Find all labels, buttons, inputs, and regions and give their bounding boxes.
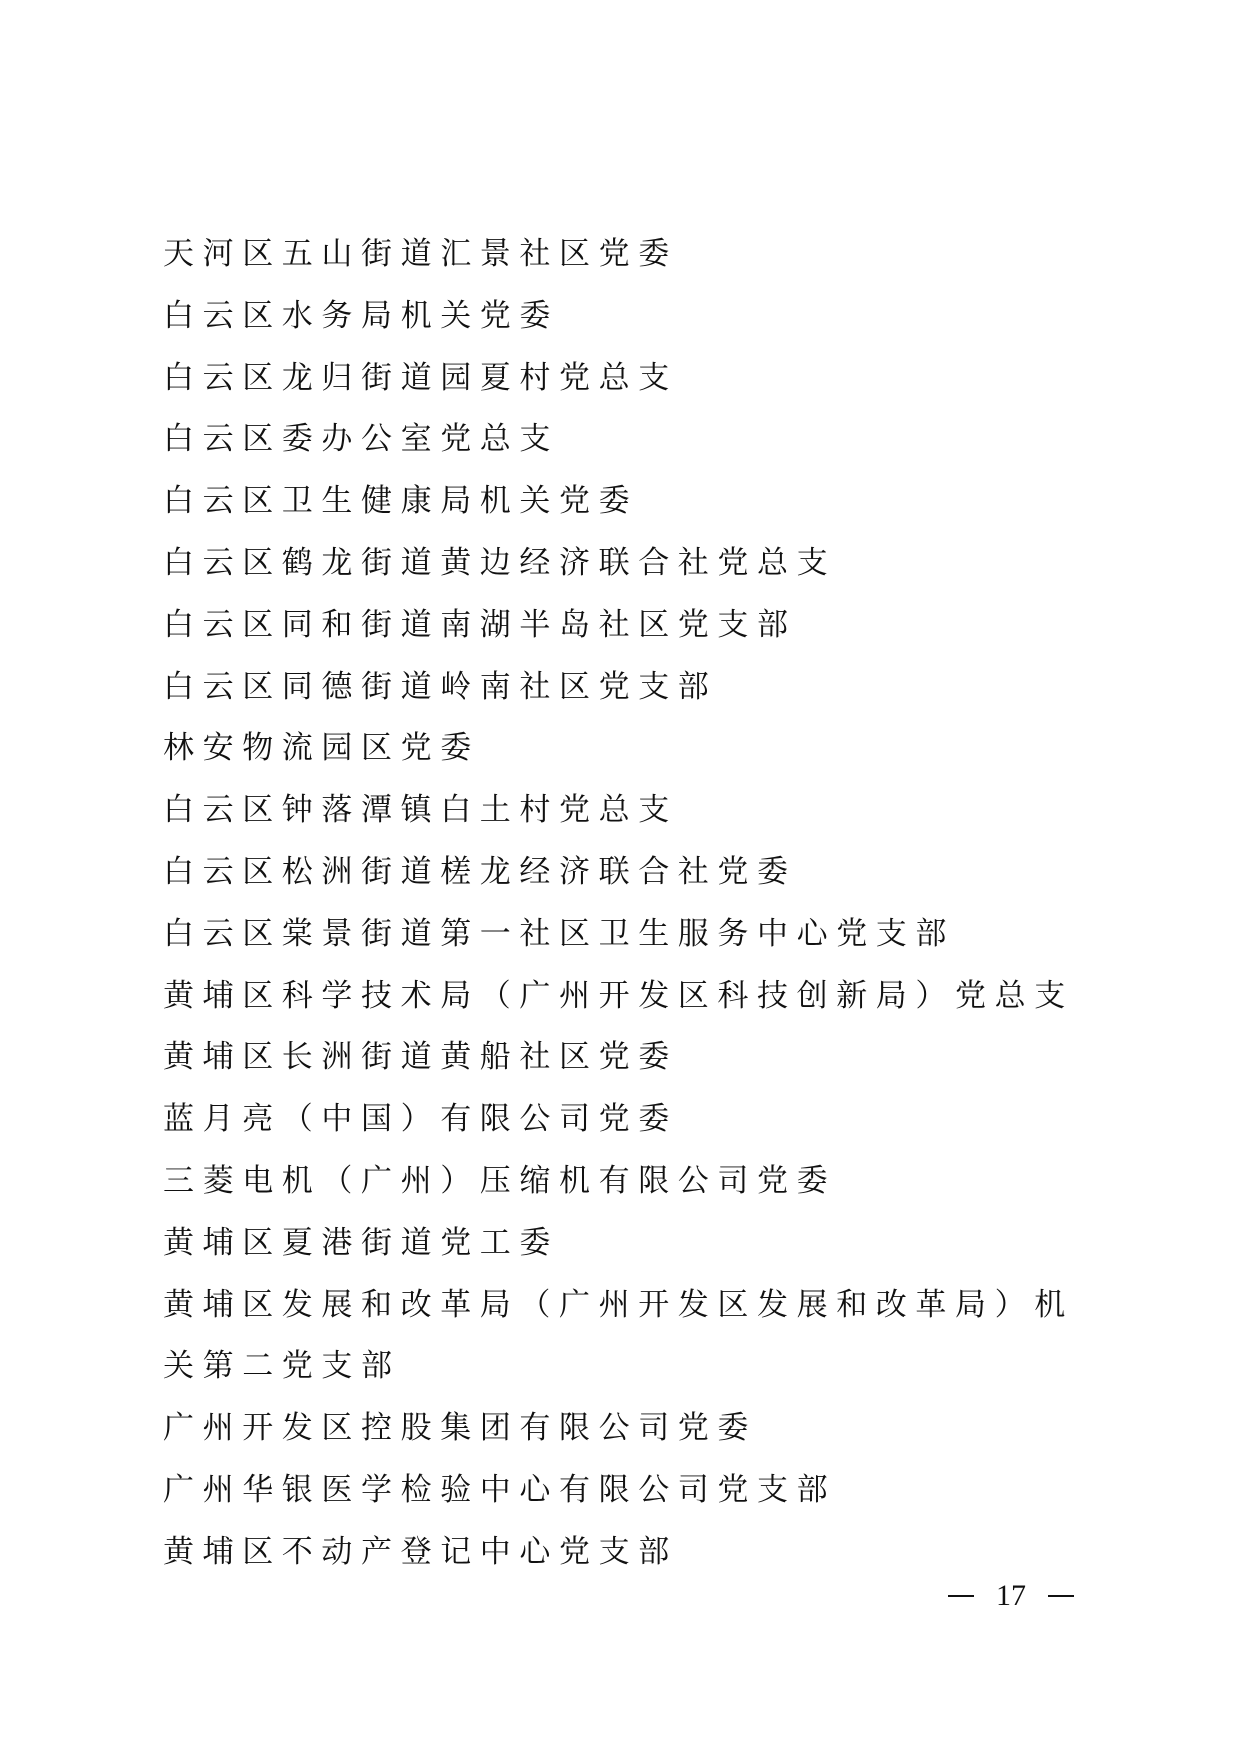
list-item: 白云区龙归街道园夏村党总支 [163, 348, 1093, 410]
dash-left [948, 1595, 974, 1597]
dash-right [1048, 1595, 1074, 1597]
list-item: 白云区钟落潭镇白土村党总支 [163, 780, 1093, 842]
list-item: 白云区委办公室党总支 [163, 409, 1093, 471]
organization-name: 白云区松洲街道槎龙经济联合社党委 [163, 854, 797, 890]
organization-name: 白云区水务局机关党委 [163, 298, 559, 334]
page-number-value: 17 [996, 1579, 1026, 1612]
list-item: 黄埔区夏港街道党工委 [163, 1213, 1093, 1275]
organization-name: 白云区同和街道南湖半岛社区党支部 [163, 607, 797, 643]
organization-name: 黄埔区科学技术局（广州开发区科技创新局）党总支 [163, 978, 1074, 1014]
organization-name: 白云区钟落潭镇白土村党总支 [163, 792, 678, 828]
list-item: 天河区五山街道汇景社区党委 [163, 224, 1093, 286]
document-page: 天河区五山街道汇景社区党委 白云区水务局机关党委 白云区龙归街道园夏村党总支 白… [0, 0, 1240, 1754]
list-item: 白云区松洲街道槎龙经济联合社党委 [163, 842, 1093, 904]
list-item: 白云区同和街道南湖半岛社区党支部 [163, 595, 1093, 657]
list-item: 林安物流园区党委 [163, 718, 1093, 780]
organization-name: 白云区卫生健康局机关党委 [163, 483, 638, 519]
list-item: 白云区同德街道岭南社区党支部 [163, 657, 1093, 719]
organization-name: 黄埔区长洲街道黄船社区党委 [163, 1039, 678, 1075]
page-number: 17 [926, 1578, 1096, 1614]
list-item: 蓝月亮（中国）有限公司党委 [163, 1089, 1093, 1151]
organization-name: 白云区鹤龙街道黄边经济联合社党总支 [163, 545, 836, 581]
list-item: 黄埔区不动产登记中心党支部 [163, 1522, 1093, 1584]
list-item: 广州华银医学检验中心有限公司党支部 [163, 1460, 1093, 1522]
list-item: 白云区卫生健康局机关党委 [163, 471, 1093, 533]
organization-name: 白云区龙归街道园夏村党总支 [163, 360, 678, 396]
organization-name: 天河区五山街道汇景社区党委 [163, 236, 678, 272]
list-item: 黄埔区科学技术局（广州开发区科技创新局）党总支 [163, 966, 1093, 1028]
organization-name: 林安物流园区党委 [163, 730, 480, 766]
organization-name: 白云区委办公室党总支 [163, 421, 559, 457]
organization-name: 黄埔区夏港街道党工委 [163, 1225, 559, 1261]
organization-name: 黄埔区发展和改革局（广州开发区发展和改革局）机关第二党支部 [163, 1287, 1074, 1385]
list-item: 白云区棠景街道第一社区卫生服务中心党支部 [163, 904, 1093, 966]
list-item: 黄埔区发展和改革局（广州开发区发展和改革局）机关第二党支部 [163, 1275, 1093, 1399]
list-item: 黄埔区长洲街道黄船社区党委 [163, 1027, 1093, 1089]
organization-list: 天河区五山街道汇景社区党委 白云区水务局机关党委 白云区龙归街道园夏村党总支 白… [163, 224, 1093, 1584]
organization-name: 广州华银医学检验中心有限公司党支部 [163, 1472, 836, 1508]
organization-name: 广州开发区控股集团有限公司党委 [163, 1410, 757, 1446]
list-item: 广州开发区控股集团有限公司党委 [163, 1398, 1093, 1460]
organization-name: 白云区同德街道岭南社区党支部 [163, 669, 717, 705]
organization-name: 黄埔区不动产登记中心党支部 [163, 1534, 678, 1570]
list-item: 白云区水务局机关党委 [163, 286, 1093, 348]
organization-name: 三菱电机（广州）压缩机有限公司党委 [163, 1163, 836, 1199]
list-item: 白云区鹤龙街道黄边经济联合社党总支 [163, 533, 1093, 595]
list-item: 三菱电机（广州）压缩机有限公司党委 [163, 1151, 1093, 1213]
organization-name: 蓝月亮（中国）有限公司党委 [163, 1101, 678, 1137]
organization-name: 白云区棠景街道第一社区卫生服务中心党支部 [163, 916, 955, 952]
